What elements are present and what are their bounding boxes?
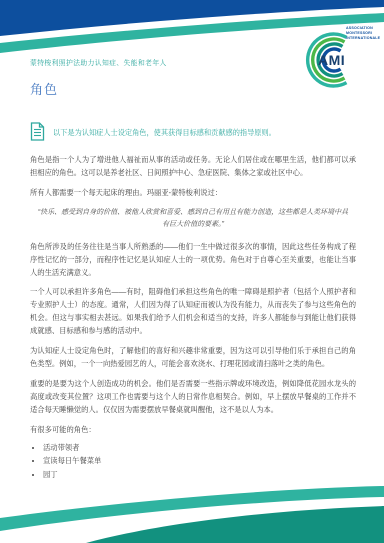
montessori-quote: “快乐、感受到自身的价值、被他人欣赏和喜爱、感到自己有用且有能力创造，这些都是人… — [36, 207, 350, 231]
page-subtitle: 蒙特梭利照护法助力认知症、失能和老年人 — [30, 57, 356, 67]
roles-list-intro: 有很多可能的角色： — [30, 424, 356, 437]
callout-text: 以下是为认知症人士设定角色，使其获得目标感和贡献感的指导原则。 — [53, 124, 276, 138]
logo-org-line: INTERNATIONALE — [346, 36, 380, 41]
logo-org-name: ASSOCIATION MONTESSORI INTERNATIONALE — [346, 26, 380, 40]
paragraph-preferences: 为认知症人士设定角色时，了解他们的喜好和兴趣非常重要，因为这可以引导他们乐于承担… — [30, 345, 356, 371]
paragraph-procedural-memory: 角色所涉及的任务往往是当事人所熟悉的——他们一生中做过很多次的事情，因此这些任务… — [30, 241, 356, 280]
paragraph-roles-definition: 角色是指一个人为了增进他人福祉而从事的活动或任务。无论人们居住或在哪里生活，他们… — [30, 154, 356, 180]
body-text: 角色是指一个人为了增进他人福祉而从事的活动或任务。无论人们居住或在哪里生活，他们… — [30, 154, 356, 481]
document-icon — [30, 122, 45, 141]
page-title: 角色 — [30, 79, 356, 98]
list-item: 宣读每日午餐菜单 — [43, 454, 356, 468]
paragraph-success-opportunities: 重要的是要为这个人创造成功的机会。他们是否需要一些指示牌或环境改造，例如降低花园… — [30, 378, 356, 417]
roles-list: 活动带领者 宣读每日午餐菜单 园丁 — [30, 441, 356, 482]
paragraph-many-roles: 一个人可以承担许多角色——有时，阻碍他们承担这些角色的唯一障碍是照护者（包括个人… — [30, 286, 356, 338]
document-page: AMI ASSOCIATION MONTESSORI INTERNATIONAL… — [0, 0, 384, 543]
list-item: 园丁 — [43, 468, 356, 482]
page-content: 蒙特梭利照护法助力认知症、失能和老年人 角色 以下是为认知症人士设定角色，使其获… — [30, 57, 356, 481]
guideline-callout: 以下是为认知症人士设定角色，使其获得目标感和贡献感的指导原则。 — [30, 124, 356, 141]
list-item: 活动带领者 — [43, 441, 356, 455]
paragraph-reason-to-rise: 所有人都需要一个每天起床的理由。玛丽亚-蒙特梭利说过： — [30, 187, 356, 200]
